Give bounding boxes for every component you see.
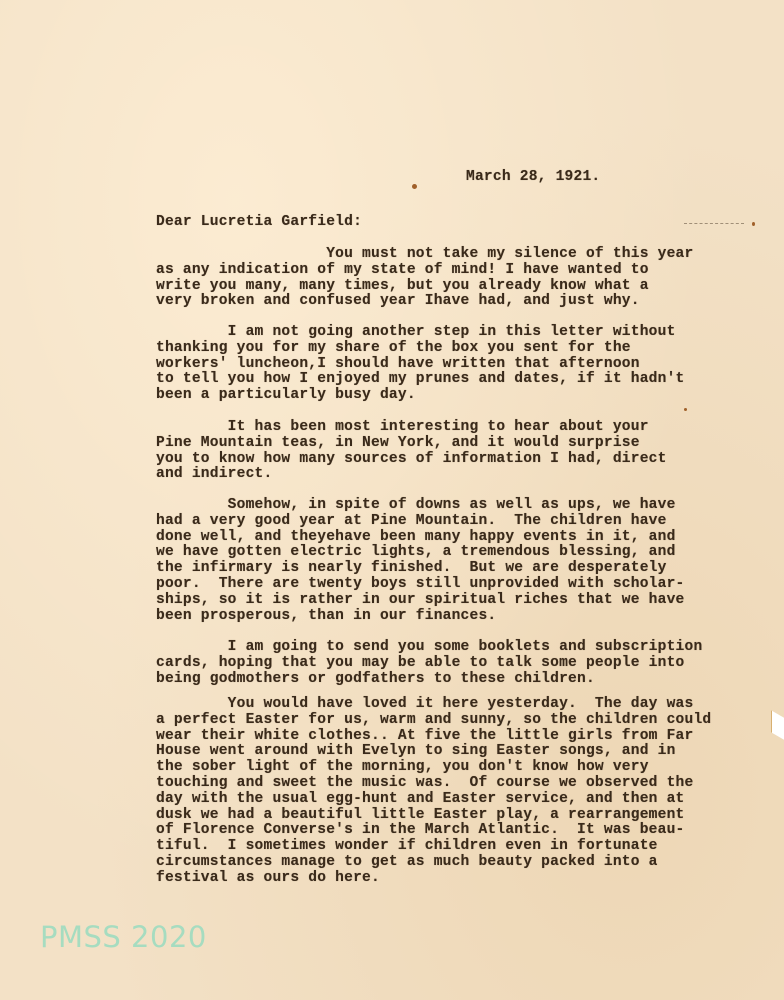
letter-page: March 28, 1921. Dear Lucretia Garfield: … xyxy=(0,0,784,1000)
letter-paragraph: It has been most interesting to hear abo… xyxy=(156,420,667,483)
margin-mark xyxy=(684,223,744,224)
paper-speck xyxy=(684,408,687,411)
letter-paragraph: Somehow, in spite of downs as well as up… xyxy=(156,498,685,624)
archive-watermark: PMSS 2020 xyxy=(40,920,207,954)
paper-speck xyxy=(412,184,417,189)
letter-salutation: Dear Lucretia Garfield: xyxy=(156,215,362,231)
letter-paragraph: I am going to send you some booklets and… xyxy=(156,640,702,687)
letter-paragraph: You would have loved it here yesterday. … xyxy=(156,697,711,887)
letter-date: March 28, 1921. xyxy=(466,170,600,186)
letter-paragraph: You must not take my silence of this yea… xyxy=(156,247,693,310)
letter-paragraph: I am not going another step in this lett… xyxy=(156,325,685,404)
paper-speck xyxy=(752,222,755,226)
paper-tear xyxy=(771,710,784,740)
